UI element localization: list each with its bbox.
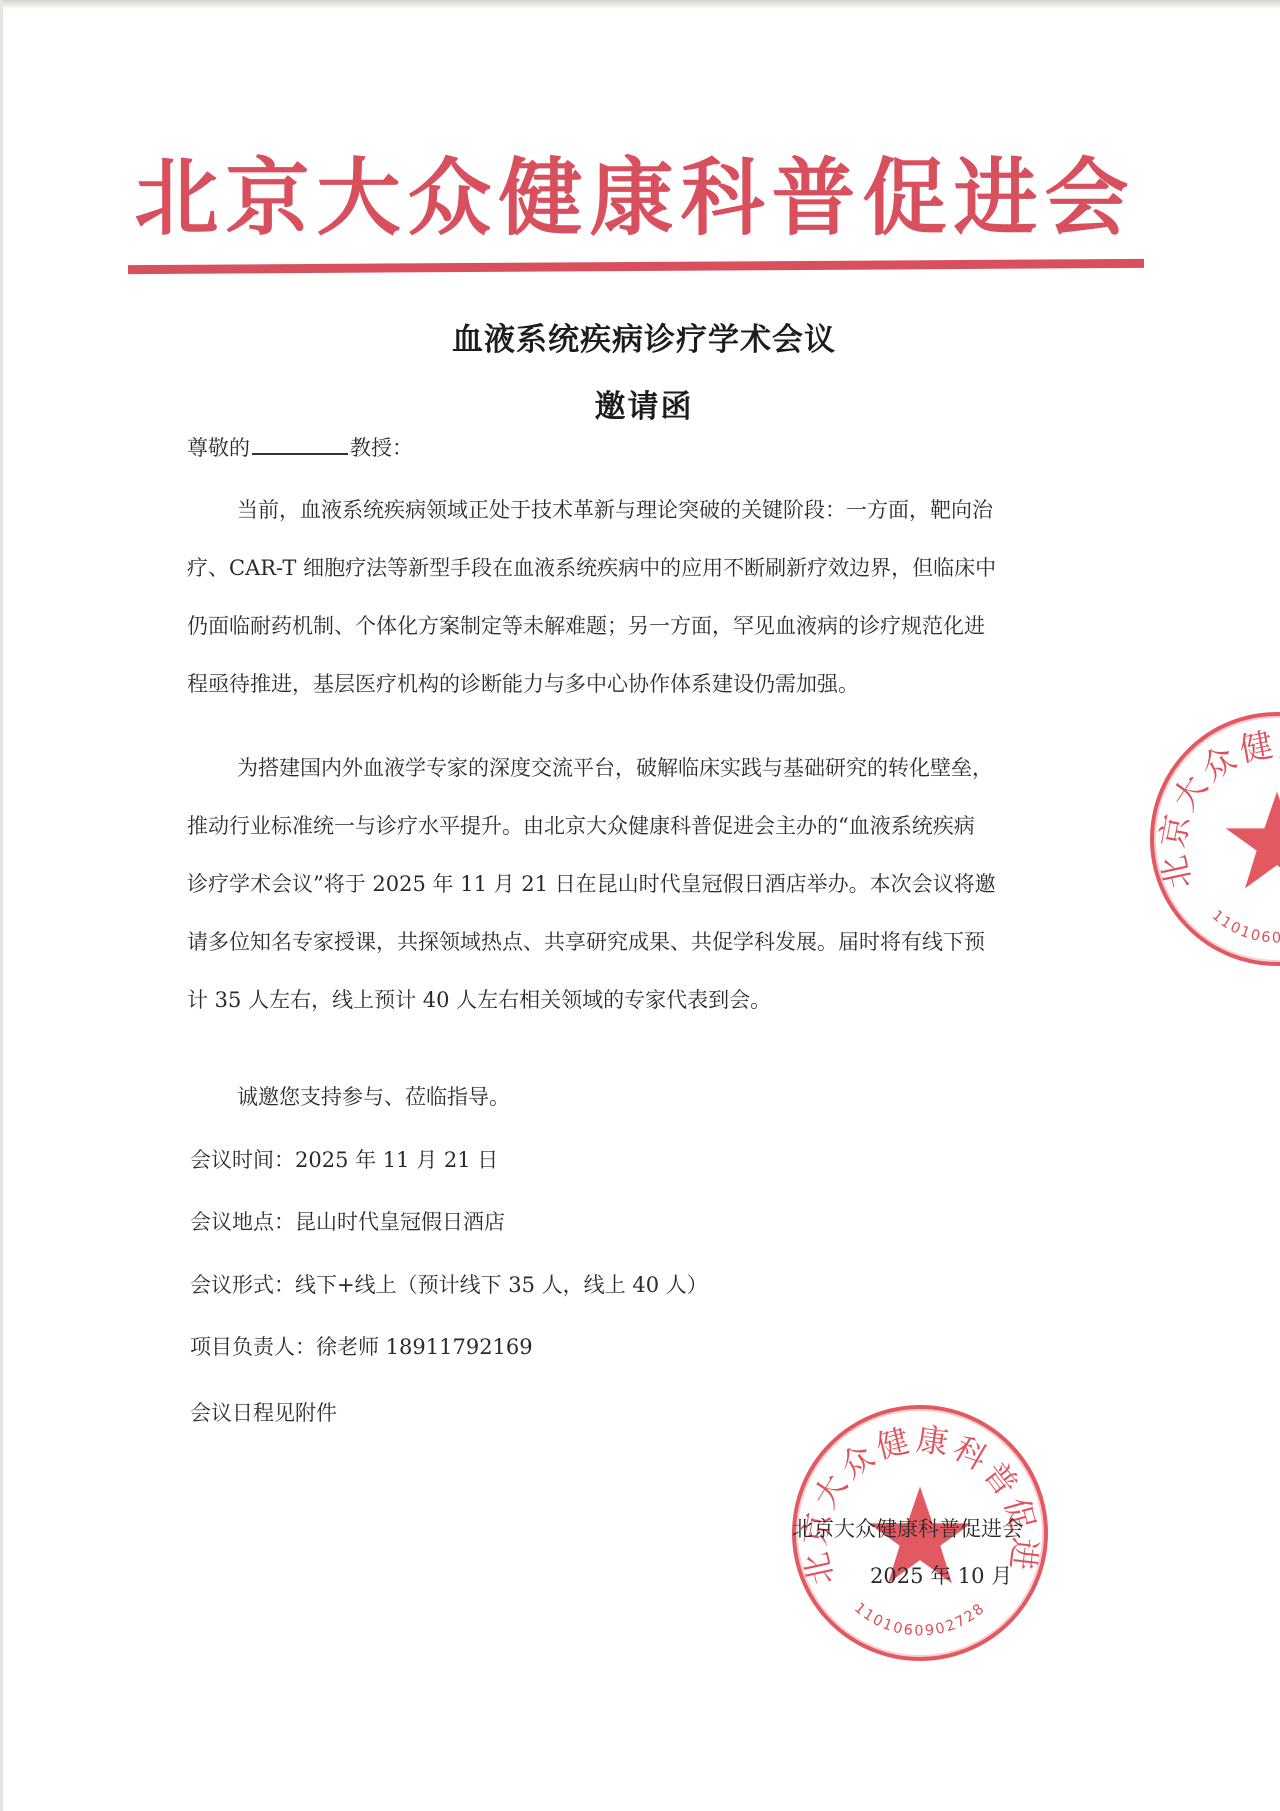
paragraph-line: 疗、CAR-T 细胞疗法等新型手段在血液系统疾病中的应用不断刷新疗效边界，但临床… [187, 548, 1107, 606]
scan-edge-top [0, 0, 1280, 9]
svg-text:1101060902728: 1101060902728 [851, 1600, 989, 1639]
salutation: 尊敬的教授： [187, 434, 413, 462]
meeting-place: 会议地点：昆山时代皇冠假日酒店 [190, 1208, 505, 1236]
paragraph-line: 诊疗学术会议”将于 2025 年 11 月 21 日在昆山时代皇冠假日酒店举办。… [187, 864, 1107, 922]
salutation-suffix: 教授： [350, 436, 413, 460]
paragraph-line: 为搭建国内外血液学专家的深度交流平台，破解临床实践与基础研究的转化壁垒， [187, 748, 1107, 806]
salutation-prefix: 尊敬的 [187, 436, 250, 460]
svg-text:1101060902728: 1101060902728 [1209, 907, 1280, 947]
paragraph-line: 仍面临耐药机制、个体化方案制定等未解难题；另一方面，罕见血液病的诊疗规范化进 [187, 606, 1107, 664]
closing-invitation: 诚邀您支持参与、莅临指导。 [237, 1083, 510, 1111]
meeting-format: 会议形式：线下+线上（预计线下 35 人，线上 40 人） [190, 1271, 708, 1299]
schedule-note: 会议日程见附件 [190, 1399, 337, 1427]
letterhead-rule [128, 259, 1144, 274]
name-blank-line [252, 435, 348, 455]
letterhead-org-name: 北京大众健康科普促进会 [130, 148, 1140, 248]
paragraph-background: 当前，血液系统疾病领域正处于技术革新与理论突破的关键阶段：一方面，靶向治 疗、C… [187, 490, 1107, 722]
paragraph-line: 请多位知名专家授课，共探领域热点、共享研究成果、共促学科发展。届时将有线下预 [187, 922, 1107, 980]
seal-code: 1101060902728 [1209, 907, 1280, 947]
meeting-time: 会议时间：2025 年 11 月 21 日 [190, 1146, 498, 1174]
seal-emblem-icon: 北京大众健康科普促进会 1101060902728 [1154, 716, 1280, 962]
signature-org: 北京大众健康科普促进会 [792, 1515, 1023, 1543]
paragraph-line: 计 35 人左右，线上预计 40 人左右相关领域的专家代表到会。 [187, 980, 1107, 1038]
official-seal-side: 北京大众健康科普促进会 1101060902728 [1150, 712, 1280, 966]
paragraph-line: 程亟待推进，基层医疗机构的诊断能力与多中心协作体系建设仍需加强。 [187, 664, 1107, 722]
document-title: 血液系统疾病诊疗学术会议 [0, 314, 1280, 359]
project-contact: 项目负责人：徐老师 18911792169 [190, 1333, 533, 1361]
document-subtitle: 邀请函 [0, 381, 1280, 426]
paragraph-line: 推动行业标准统一与诊疗水平提升。由北京大众健康科普促进会主办的“血液系统疾病 [187, 806, 1107, 864]
paragraph-line: 当前，血液系统疾病领域正处于技术革新与理论突破的关键阶段：一方面，靶向治 [187, 490, 1107, 548]
signature-date: 2025 年 10 月 [870, 1562, 1012, 1590]
scan-edge-left [0, 0, 3, 1811]
seal-code: 1101060902728 [851, 1600, 989, 1639]
paragraph-purpose: 为搭建国内外血液学专家的深度交流平台，破解临床实践与基础研究的转化壁垒， 推动行… [187, 748, 1107, 1038]
